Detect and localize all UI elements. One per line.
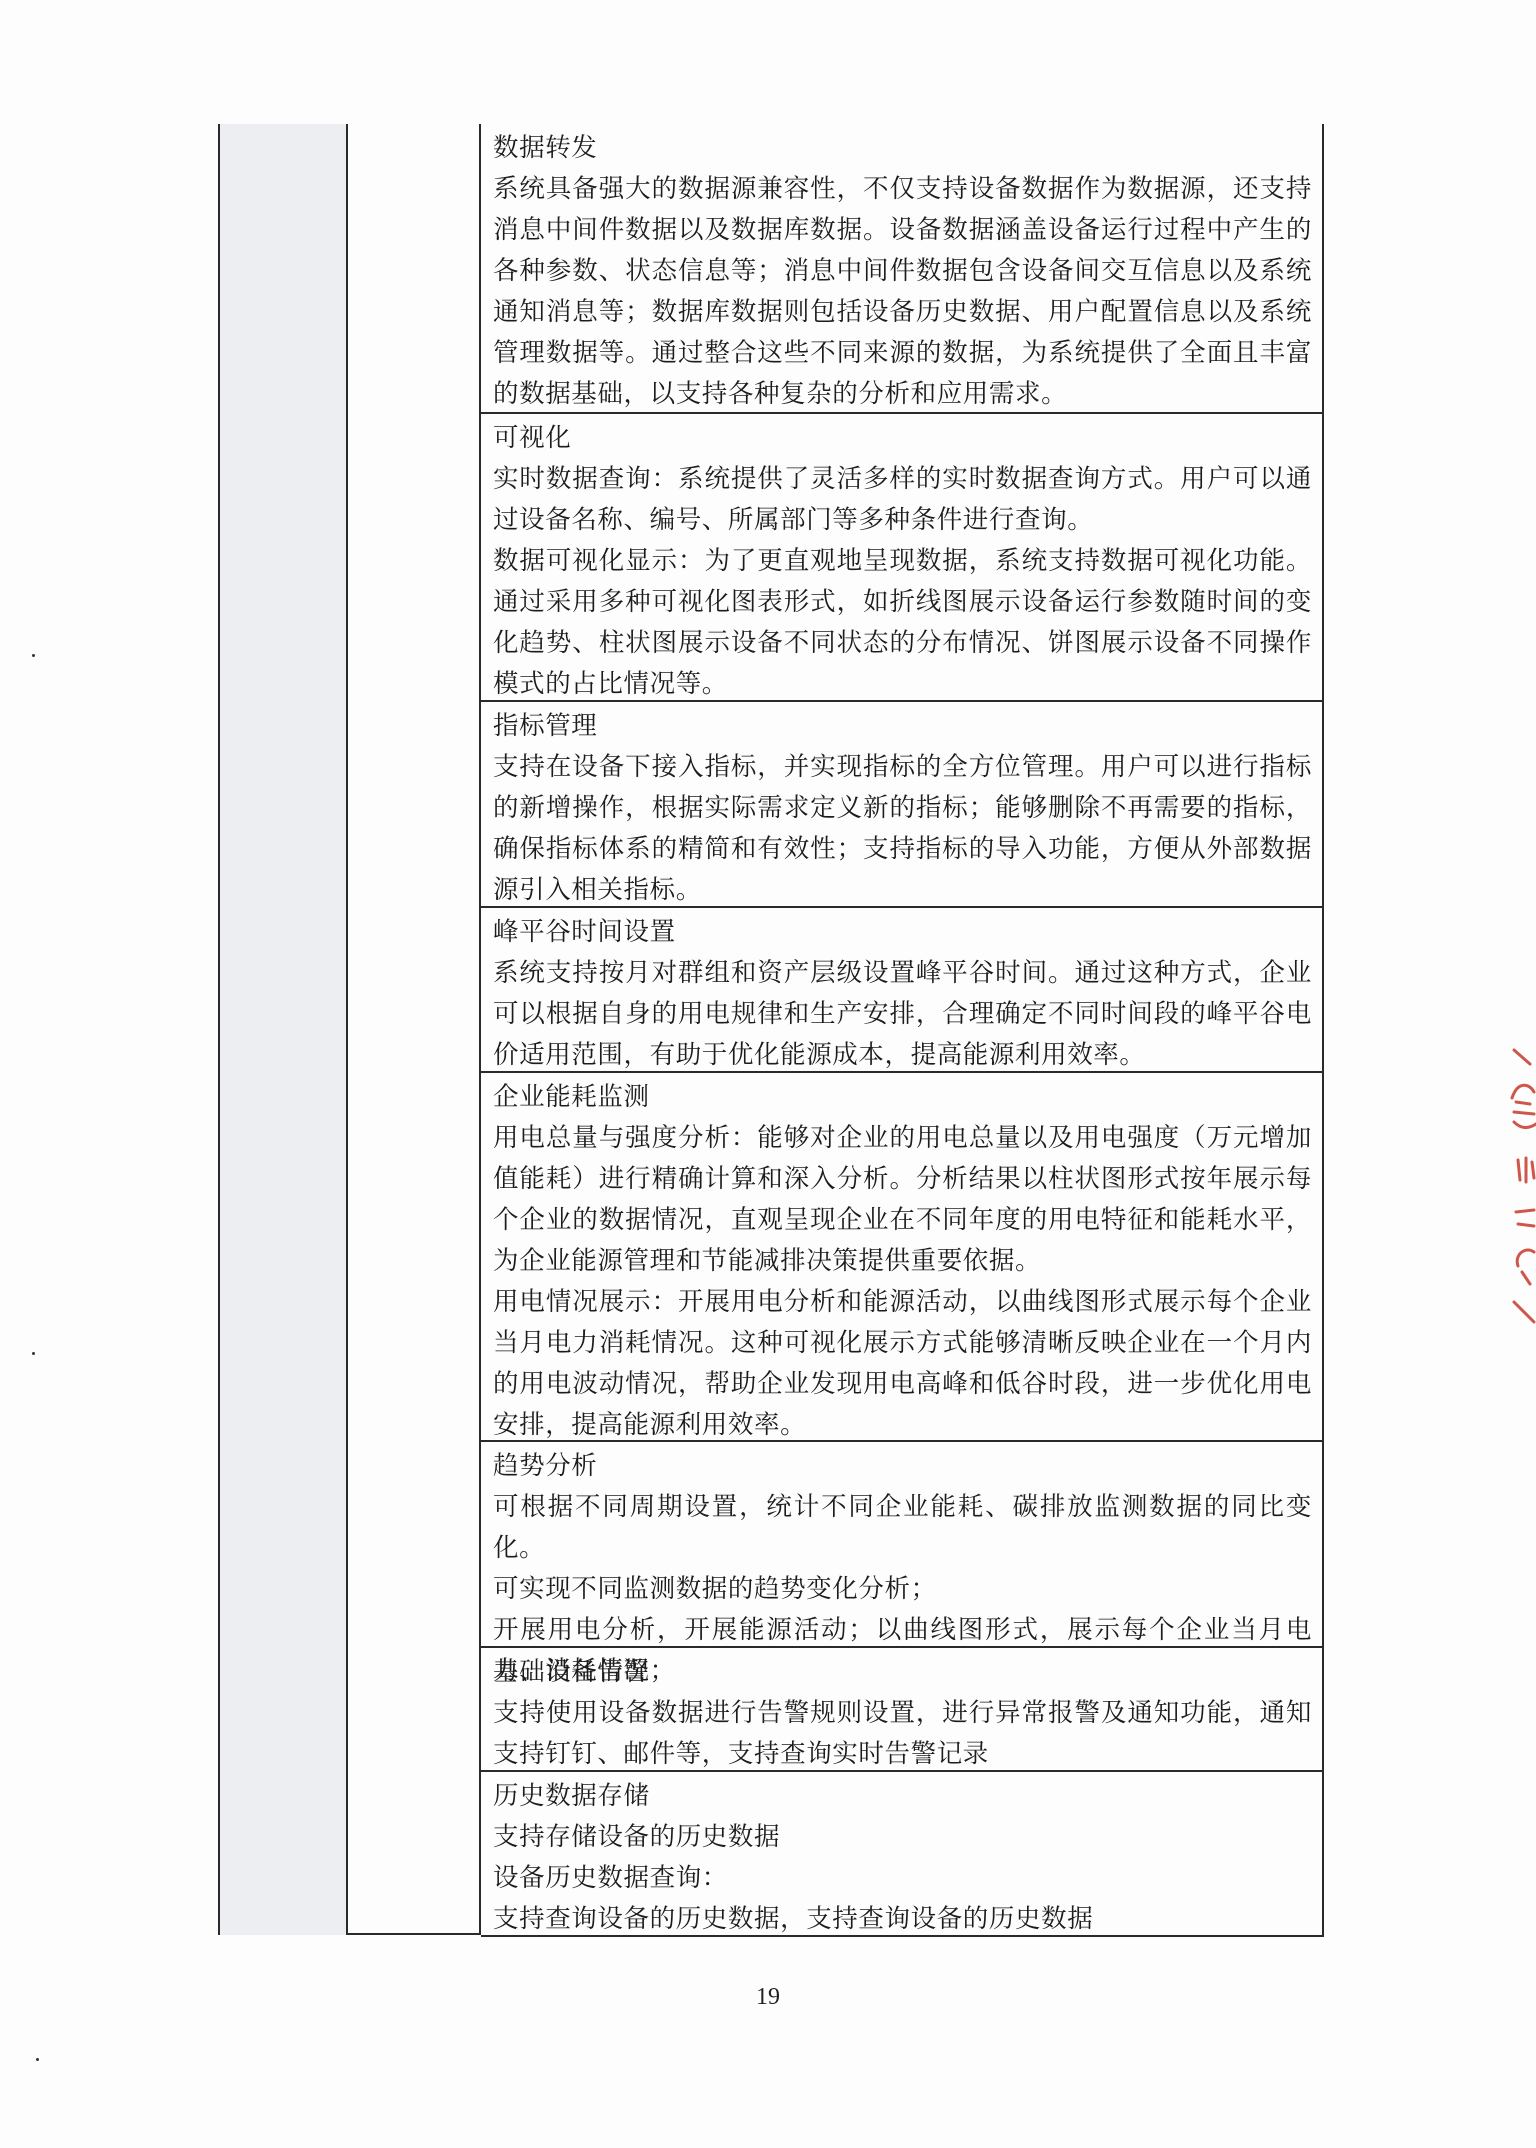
row-paragraph: 系统具备强大的数据源兼容性，不仅支持设备数据作为数据源，还支持消息中间件数据以及…	[493, 169, 1312, 415]
table-row-indicator-management: 指标管理 支持在设备下接入指标，并实现指标的全方位管理。用户可以进行指标的新增操…	[481, 700, 1322, 906]
row-title: 指标管理	[493, 706, 1312, 747]
row-paragraph: 用电情况展示：开展用电分析和能源活动，以曲线图形式展示每个企业当月电力消耗情况。…	[493, 1282, 1312, 1446]
table-row-energy-monitoring: 企业能耗监测 用电总量与强度分析：能够对企业的用电总量以及用电强度（万元增加值能…	[481, 1071, 1322, 1440]
row-paragraph: 用电总量与强度分析：能够对企业的用电总量以及用电强度（万元增加值能耗）进行精确计…	[493, 1118, 1312, 1282]
row-title: 企业能耗监测	[493, 1077, 1312, 1118]
row-paragraph: 系统支持按月对群组和资产层级设置峰平谷时间。通过这种方式，企业可以根据自身的用电…	[493, 953, 1312, 1076]
table-row-visualization: 可视化 实时数据查询：系统提供了灵活多样的实时数据查询方式。用户可以通过设备名称…	[481, 412, 1322, 700]
table-column-description: 数据转发 系统具备强大的数据源兼容性，不仅支持设备数据作为数据源，还支持消息中间…	[481, 124, 1324, 1937]
row-paragraph: 支持使用设备数据进行告警规则设置，进行异常报警及通知功能，通知支持钉钉、邮件等，…	[493, 1693, 1312, 1775]
document-page: 数据转发 系统具备强大的数据源兼容性，不仅支持设备数据作为数据源，还支持消息中间…	[0, 0, 1536, 2148]
table-row-data-forwarding: 数据转发 系统具备强大的数据源兼容性，不仅支持设备数据作为数据源，还支持消息中间…	[481, 124, 1322, 412]
red-seal-stamp-icon	[1500, 1040, 1536, 1330]
table-row-device-alarm: 基础设备告警 支持使用设备数据进行告警规则设置，进行异常报警及通知功能，通知支持…	[481, 1646, 1322, 1770]
scan-artifact-dot	[36, 2058, 39, 2061]
row-paragraph: 设备历史数据查询：	[493, 1858, 1312, 1899]
table-row-trend-analysis: 趋势分析 可根据不同周期设置，统计不同企业能耗、碳排放监测数据的同比变化。 可实…	[481, 1440, 1322, 1646]
row-title: 基础设备告警	[493, 1652, 1312, 1693]
row-title: 历史数据存储	[493, 1776, 1312, 1817]
scan-artifact-dot	[32, 1352, 35, 1355]
row-paragraph: 支持存储设备的历史数据	[493, 1817, 1312, 1858]
row-title: 数据转发	[493, 128, 1312, 169]
table-row-history-storage: 历史数据存储 支持存储设备的历史数据 设备历史数据查询： 支持查询设备的历史数据…	[481, 1770, 1322, 1935]
row-paragraph: 可根据不同周期设置，统计不同企业能耗、碳排放监测数据的同比变化。	[493, 1487, 1312, 1569]
table-row-peak-valley-settings: 峰平谷时间设置 系统支持按月对群组和资产层级设置峰平谷时间。通过这种方式，企业可…	[481, 906, 1322, 1071]
row-paragraph: 可实现不同监测数据的趋势变化分析；	[493, 1569, 1312, 1610]
table-column-item	[348, 124, 481, 1935]
row-title: 趋势分析	[493, 1446, 1312, 1487]
row-title: 可视化	[493, 418, 1312, 459]
page-number: 19	[0, 1984, 1536, 2011]
scan-artifact-dot	[32, 654, 35, 657]
row-title: 峰平谷时间设置	[493, 912, 1312, 953]
feature-table: 数据转发 系统具备强大的数据源兼容性，不仅支持设备数据作为数据源，还支持消息中间…	[218, 124, 1324, 1935]
table-column-category	[218, 124, 348, 1935]
row-paragraph: 支持查询设备的历史数据，支持查询设备的历史数据	[493, 1899, 1312, 1940]
row-paragraph: 支持在设备下接入指标，并实现指标的全方位管理。用户可以进行指标的新增操作，根据实…	[493, 747, 1312, 911]
row-paragraph: 数据可视化显示：为了更直观地呈现数据，系统支持数据可视化功能。通过采用多种可视化…	[493, 541, 1312, 705]
row-paragraph: 实时数据查询：系统提供了灵活多样的实时数据查询方式。用户可以通过设备名称、编号、…	[493, 459, 1312, 541]
